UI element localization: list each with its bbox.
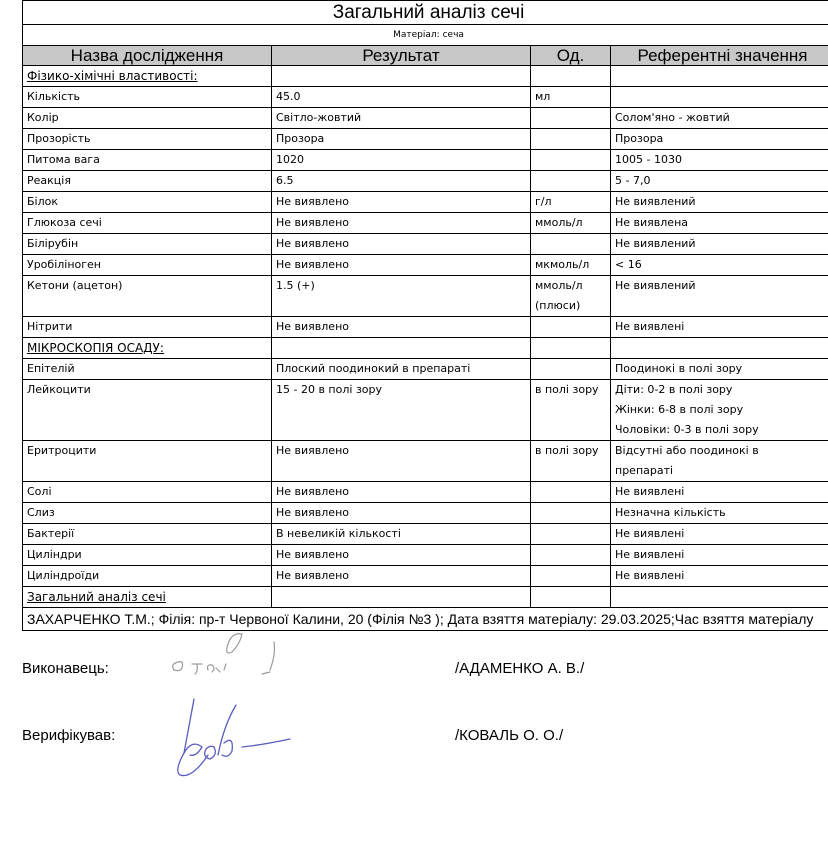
test-reference: 5 - 7,0 — [611, 171, 828, 192]
empty-cell — [531, 338, 611, 359]
table-row: Лейкоцити15 - 20 в полі зорув полі зоруД… — [23, 380, 828, 441]
table-row: НітритиНе виявленоНе виявлені — [23, 317, 828, 338]
test-reference-line — [615, 296, 828, 316]
test-unit — [531, 317, 611, 338]
table-row: Реакція6.55 - 7,0 — [23, 171, 828, 192]
test-result: 1.5 (+) — [272, 276, 531, 317]
test-unit — [531, 359, 611, 380]
material-value: сеча — [443, 30, 464, 40]
test-result: Не виявлено — [272, 234, 531, 255]
header-result: Результат — [272, 46, 531, 66]
footer-section-title: Загальний аналіз сечі — [23, 587, 272, 608]
footer-section-row: Загальний аналіз сечі — [23, 587, 828, 608]
test-name: Нітрити — [23, 317, 272, 338]
test-name: Глюкоза сечі — [23, 213, 272, 234]
test-reference: Не виявлені — [611, 482, 828, 503]
table-row: БілірубінНе виявленоНе виявлений — [23, 234, 828, 255]
table-row: СлизНе виявленоНезначна кількість — [23, 503, 828, 524]
section-row: МІКРОСКОПІЯ ОСАДУ: — [23, 338, 828, 359]
test-result: Прозора — [272, 129, 531, 150]
test-name: Бактерії — [23, 524, 272, 545]
empty-cell — [611, 338, 828, 359]
test-reference: Прозора — [611, 129, 828, 150]
test-reference: Поодинокі в полі зору — [611, 359, 828, 380]
test-result: Не виявлено — [272, 255, 531, 276]
test-name: Циліндри — [23, 545, 272, 566]
test-reference: Не виявлені — [611, 524, 828, 545]
test-name: Епітелій — [23, 359, 272, 380]
test-result: 15 - 20 в полі зору — [272, 380, 531, 441]
verifier-signature-icon — [162, 695, 302, 785]
test-name: Лейкоцити — [23, 380, 272, 441]
material-label: Матеріал: — [393, 30, 440, 40]
test-reference: 1005 - 1030 — [611, 150, 828, 171]
table-row: УробіліногенНе виявленомкмоль/л< 16 — [23, 255, 828, 276]
table-row: Питома вага10201005 - 1030 — [23, 150, 828, 171]
test-unit — [531, 108, 611, 129]
test-result: Не виявлено — [272, 545, 531, 566]
performer-name: /АДАМЕНКО А. В./ — [455, 660, 584, 677]
results-table: Загальний аналіз сечі Матеріал: сеча Наз… — [22, 0, 828, 631]
test-reference: Не виявлений — [611, 192, 828, 213]
section-row: Фізико-хімічні властивості: — [23, 66, 828, 87]
test-result: 45.0 — [272, 87, 531, 108]
table-row: ЦиліндроїдиНе виявленоНе виявлені — [23, 566, 828, 587]
test-reference: Не виявлений — [611, 276, 828, 317]
table-row: БілокНе виявленог/лНе виявлений — [23, 192, 828, 213]
test-reference: Незначна кількість — [611, 503, 828, 524]
header-test-name: Назва дослідження — [23, 46, 272, 66]
patient-info: ЗАХАРЧЕНКО Т.М.; Філія: пр-т Червоної Ка… — [23, 608, 828, 631]
test-name: Слиз — [23, 503, 272, 524]
test-unit: ммоль/л(плюси) — [531, 276, 611, 317]
test-name: Колір — [23, 108, 272, 129]
test-result: 1020 — [272, 150, 531, 171]
test-unit — [531, 482, 611, 503]
test-reference: Не виявлені — [611, 317, 828, 338]
test-unit — [531, 566, 611, 587]
test-unit: ммоль/л — [531, 213, 611, 234]
test-unit-line: (плюси) — [535, 296, 606, 316]
empty-cell — [531, 66, 611, 87]
test-reference: Не виявлені — [611, 545, 828, 566]
test-reference-line: Чоловіки: 0-3 в полі зору — [615, 420, 828, 440]
table-row: ПрозорістьПрозораПрозора — [23, 129, 828, 150]
test-name: Прозорість — [23, 129, 272, 150]
test-result: Світло-жовтий — [272, 108, 531, 129]
test-reference-line: Діти: 0-2 в полі зору — [615, 380, 828, 400]
test-result: Не виявлено — [272, 482, 531, 503]
test-unit — [531, 129, 611, 150]
table-row: ЦиліндриНе виявленоНе виявлені — [23, 545, 828, 566]
test-result: В невеликій кількості — [272, 524, 531, 545]
table-header: Назва дослідження Результат Од. Референт… — [23, 46, 828, 66]
material-row: Матеріал: сеча — [23, 25, 828, 46]
test-name: Кількість — [23, 87, 272, 108]
test-reference: Відсутні або поодинокі впрепараті — [611, 441, 828, 482]
test-reference-line: Відсутні або поодинокі в — [615, 441, 828, 461]
test-unit: мл — [531, 87, 611, 108]
test-reference: Не виявлений — [611, 234, 828, 255]
test-name: Уробіліноген — [23, 255, 272, 276]
test-unit — [531, 545, 611, 566]
empty-cell — [611, 66, 828, 87]
title-row: Загальний аналіз сечі — [23, 1, 828, 25]
test-result: Не виявлено — [272, 566, 531, 587]
test-unit — [531, 234, 611, 255]
test-unit — [531, 524, 611, 545]
empty-cell — [531, 587, 611, 608]
table-row: Глюкоза сечіНе виявленоммоль/лНе виявлен… — [23, 213, 828, 234]
test-unit: мкмоль/л — [531, 255, 611, 276]
empty-cell — [272, 66, 531, 87]
test-reference — [611, 87, 828, 108]
table-row: Кількість45.0мл — [23, 87, 828, 108]
lab-report: Загальний аналіз сечі Матеріал: сеча Наз… — [22, 0, 828, 631]
test-reference: < 16 — [611, 255, 828, 276]
test-unit: г/л — [531, 192, 611, 213]
verifier-name: /КОВАЛЬ О. О./ — [455, 727, 563, 744]
test-name: Кетони (ацетон) — [23, 276, 272, 317]
test-result: Не виявлено — [272, 317, 531, 338]
test-result: Не виявлено — [272, 213, 531, 234]
test-reference-line: Не виявлений — [615, 276, 828, 296]
empty-cell — [611, 587, 828, 608]
empty-cell — [272, 338, 531, 359]
empty-cell — [272, 587, 531, 608]
table-row: ЕритроцитиНе виявленов полі зоруВідсутні… — [23, 441, 828, 482]
test-result: Плоский поодинокий в препараті — [272, 359, 531, 380]
test-name: Білірубін — [23, 234, 272, 255]
table-row: БактеріїВ невеликій кількостіНе виявлені — [23, 524, 828, 545]
test-name: Питома вага — [23, 150, 272, 171]
test-unit — [531, 503, 611, 524]
test-reference: Солом'яно - жовтий — [611, 108, 828, 129]
test-unit: в полі зору — [531, 380, 611, 441]
table-row: Кетони (ацетон)1.5 (+)ммоль/л(плюси)Не в… — [23, 276, 828, 317]
test-result: Не виявлено — [272, 441, 531, 482]
test-reference: Не виявлені — [611, 566, 828, 587]
performer-signature-icon — [162, 630, 292, 690]
section-title: Фізико-хімічні властивості: — [23, 66, 272, 87]
test-unit — [531, 171, 611, 192]
patient-info-row: ЗАХАРЧЕНКО Т.М.; Філія: пр-т Червоної Ка… — [23, 608, 828, 631]
material-info: Матеріал: сеча — [23, 25, 828, 46]
table-row: КолірСвітло-жовтийСолом'яно - жовтий — [23, 108, 828, 129]
test-result: Не виявлено — [272, 192, 531, 213]
table-row: ЕпітелійПлоский поодинокий в препаратіПо… — [23, 359, 828, 380]
test-reference-line: Жінки: 6-8 в полі зору — [615, 400, 828, 420]
test-name: Реакція — [23, 171, 272, 192]
test-name: Солі — [23, 482, 272, 503]
test-unit — [531, 150, 611, 171]
section-title: МІКРОСКОПІЯ ОСАДУ: — [23, 338, 272, 359]
header-reference: Референтні значення — [611, 46, 828, 66]
performer-label: Виконавець: — [22, 660, 109, 677]
signatures-block: Виконавець: /АДАМЕНКО А. В./ Верифікував… — [22, 640, 822, 790]
header-unit: Од. — [531, 46, 611, 66]
test-name: Білок — [23, 192, 272, 213]
test-name: Еритроцити — [23, 441, 272, 482]
test-reference-line: препараті — [615, 461, 828, 481]
test-name: Циліндроїди — [23, 566, 272, 587]
test-unit-line: ммоль/л — [535, 276, 606, 296]
test-reference: Діти: 0-2 в полі зоруЖінки: 6-8 в полі з… — [611, 380, 828, 441]
table-row: СоліНе виявленоНе виявлені — [23, 482, 828, 503]
document-title: Загальний аналіз сечі — [23, 1, 828, 25]
test-reference: Не виявлена — [611, 213, 828, 234]
test-result: Не виявлено — [272, 503, 531, 524]
test-unit: в полі зору — [531, 441, 611, 482]
verifier-label: Верифікував: — [22, 727, 115, 744]
test-result: 6.5 — [272, 171, 531, 192]
